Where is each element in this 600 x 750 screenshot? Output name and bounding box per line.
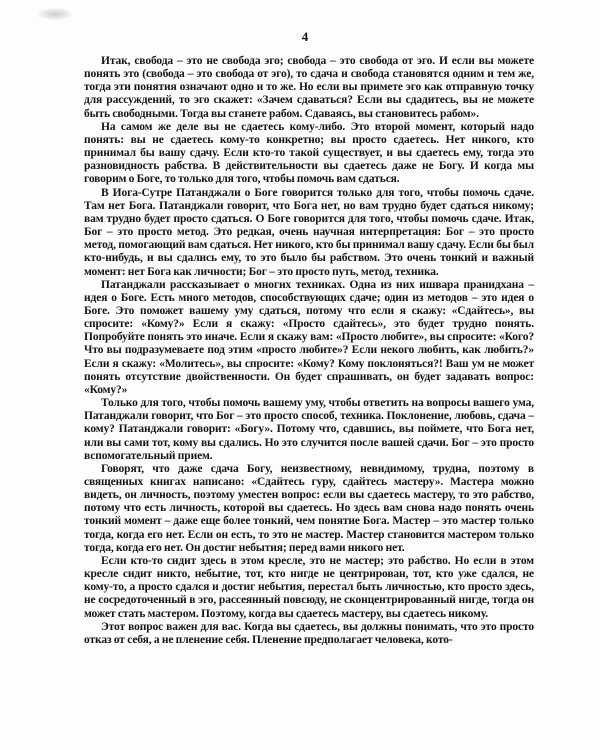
body-paragraph: Говорят, что даже сдача Богу, неизвестно… bbox=[84, 463, 534, 555]
scan-artifact bbox=[38, 8, 72, 20]
body-paragraph: Патанджали рассказывает о многих техника… bbox=[84, 279, 534, 397]
book-page: 4 Итак, свобода – это не свобода эго; св… bbox=[0, 0, 600, 750]
body-paragraph: Только для того, чтобы помочь вашему уму… bbox=[84, 397, 534, 463]
body-paragraph: Если кто-то сидит здесь в этом кресле, э… bbox=[84, 555, 534, 621]
body-paragraph: Этот вопрос важен для вас. Когда вы сдае… bbox=[84, 621, 534, 647]
page-number: 4 bbox=[80, 30, 530, 44]
body-paragraph: Итак, свобода – это не свобода эго; своб… bbox=[84, 55, 534, 121]
body-paragraph: На самом же деле вы не сдаетесь кому-либ… bbox=[84, 121, 534, 187]
body-paragraph: В Иога-Сутре Патанджали о Боге говорится… bbox=[84, 187, 534, 279]
page-body: Итак, свобода – это не свобода эго; своб… bbox=[84, 55, 534, 647]
